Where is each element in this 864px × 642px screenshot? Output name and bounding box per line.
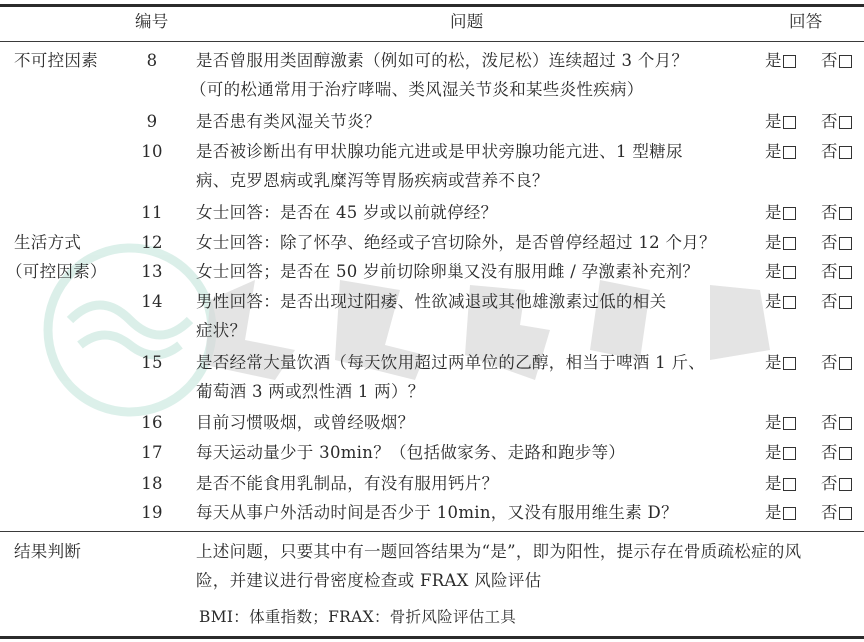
result-text: 上述问题，只要其中有一题回答结果为“是”，即为阳性，提示存在骨质疏松症的风 <box>196 544 801 561</box>
answer-yes[interactable]: 是 <box>765 476 796 493</box>
answer-yes[interactable]: 是 <box>765 505 796 522</box>
question-text: 男性回答：是否出现过阳痿、性欲减退或其他雄激素过低的相关 <box>196 294 666 311</box>
result-divider-rule <box>0 531 864 532</box>
row-number: 13 <box>132 264 172 281</box>
answer-yes[interactable]: 是 <box>765 445 796 462</box>
question-text-cont: 葡萄酒 3 两或烈性酒 1 两）？ <box>196 384 425 401</box>
answer-yes[interactable]: 是 <box>765 355 796 372</box>
yes-checkbox[interactable] <box>783 116 796 129</box>
footnote: BMI：体重指数；FRAX：骨折风险评估工具 <box>199 610 516 626</box>
yes-checkbox[interactable] <box>783 55 796 68</box>
yes-checkbox[interactable] <box>783 237 796 250</box>
question-text: 是否经常大量饮酒（每天饮用超过两单位的乙醇，相当于啤酒 1 斤、 <box>196 355 705 372</box>
category-result: 结果判断 <box>14 544 81 561</box>
answer-yes[interactable]: 是 <box>765 294 796 311</box>
row-number: 8 <box>132 53 172 70</box>
row-number: 10 <box>132 144 172 161</box>
row-number: 9 <box>132 114 172 131</box>
answer-no[interactable]: 否 <box>821 355 852 372</box>
no-checkbox[interactable] <box>839 207 852 220</box>
answer-yes[interactable]: 是 <box>765 205 796 222</box>
answer-no[interactable]: 否 <box>821 235 852 252</box>
row-number: 17 <box>132 445 172 462</box>
answer-yes[interactable]: 是 <box>765 144 796 161</box>
yes-checkbox[interactable] <box>783 296 796 309</box>
yes-checkbox[interactable] <box>783 417 796 430</box>
answer-yes[interactable]: 是 <box>765 264 796 281</box>
header-number: 编号 <box>135 14 169 31</box>
answer-no[interactable]: 否 <box>821 476 852 493</box>
no-checkbox[interactable] <box>839 417 852 430</box>
question-text-cont: 病、克罗恩病或乳糜泻等胃肠疾病或营养不良？ <box>196 173 549 190</box>
answer-no[interactable]: 否 <box>821 445 852 462</box>
answer-no[interactable]: 否 <box>821 505 852 522</box>
no-checkbox[interactable] <box>839 146 852 159</box>
answer-yes[interactable]: 是 <box>765 114 796 131</box>
row-number: 11 <box>132 205 172 222</box>
answer-no[interactable]: 否 <box>821 114 852 131</box>
yes-checkbox[interactable] <box>783 447 796 460</box>
category-lifestyle: 生活方式 <box>14 235 81 252</box>
no-checkbox[interactable] <box>839 237 852 250</box>
question-text: 每天从事户外活动时间是否少于 10min，又没有服用维生素 D？ <box>196 505 678 522</box>
row-number: 18 <box>132 476 172 493</box>
question-text: 是否曾服用类固醇激素（例如可的松，泼尼松）连续超过 3 个月？ <box>196 53 688 70</box>
row-number: 15 <box>132 355 172 372</box>
question-text: 是否不能食用乳制品，有没有服用钙片？ <box>196 476 498 493</box>
no-checkbox[interactable] <box>839 266 852 279</box>
answer-no[interactable]: 否 <box>821 415 852 432</box>
header-bottom-rule <box>0 41 864 42</box>
category-lifestyle-sub: （可控因素） <box>6 264 107 281</box>
answer-no[interactable]: 否 <box>821 144 852 161</box>
question-text: 女士回答；是否在 50 岁前切除卵巢又没有服用雌 / 孕激素补充剂？ <box>196 264 699 281</box>
answer-yes[interactable]: 是 <box>765 53 796 70</box>
yes-checkbox[interactable] <box>783 357 796 370</box>
header-question: 问题 <box>450 14 484 31</box>
yes-checkbox[interactable] <box>783 146 796 159</box>
row-number: 16 <box>132 415 172 432</box>
question-text: 是否被诊断出有甲状腺功能亢进或是甲状旁腺功能亢进、1 型糖尿 <box>196 144 683 161</box>
yes-checkbox[interactable] <box>783 478 796 491</box>
no-checkbox[interactable] <box>839 357 852 370</box>
question-text: 女士回答：是否在 45 岁或以前就停经？ <box>196 205 498 222</box>
no-checkbox[interactable] <box>839 478 852 491</box>
answer-no[interactable]: 否 <box>821 294 852 311</box>
yes-checkbox[interactable] <box>783 266 796 279</box>
question-text-cont: （可的松通常用于治疗哮喘、类风湿关节炎和某些炎性疾病） <box>190 82 644 99</box>
row-number: 14 <box>132 294 172 311</box>
row-number: 19 <box>132 505 172 522</box>
answer-no[interactable]: 否 <box>821 264 852 281</box>
answer-yes[interactable]: 是 <box>765 235 796 252</box>
header-answer: 回答 <box>789 14 823 31</box>
answer-no[interactable]: 否 <box>821 205 852 222</box>
no-checkbox[interactable] <box>839 507 852 520</box>
answer-yes[interactable]: 是 <box>765 415 796 432</box>
table-bottom-rule <box>0 636 864 639</box>
question-text: 是否患有类风湿关节炎？ <box>196 114 381 131</box>
no-checkbox[interactable] <box>839 55 852 68</box>
row-number: 12 <box>132 235 172 252</box>
result-text-cont: 险，并建议进行骨密度检查或 FRAX 风险评估 <box>196 573 541 590</box>
question-text: 目前习惯吸烟，或曾经吸烟？ <box>196 415 414 432</box>
yes-checkbox[interactable] <box>783 207 796 220</box>
no-checkbox[interactable] <box>839 447 852 460</box>
yes-checkbox[interactable] <box>783 507 796 520</box>
question-text: 每天运动量少于 30min？（包括做家务、走路和跑步等） <box>196 445 625 462</box>
table-top-rule <box>0 4 864 7</box>
no-checkbox[interactable] <box>839 116 852 129</box>
answer-no[interactable]: 否 <box>821 53 852 70</box>
question-text: 女士回答：除了怀孕、绝经或子宫切除外，是否曾停经超过 12 个月？ <box>196 235 716 252</box>
category-uncontrollable: 不可控因素 <box>14 53 98 70</box>
no-checkbox[interactable] <box>839 296 852 309</box>
question-text-cont: 症状？ <box>196 323 246 340</box>
